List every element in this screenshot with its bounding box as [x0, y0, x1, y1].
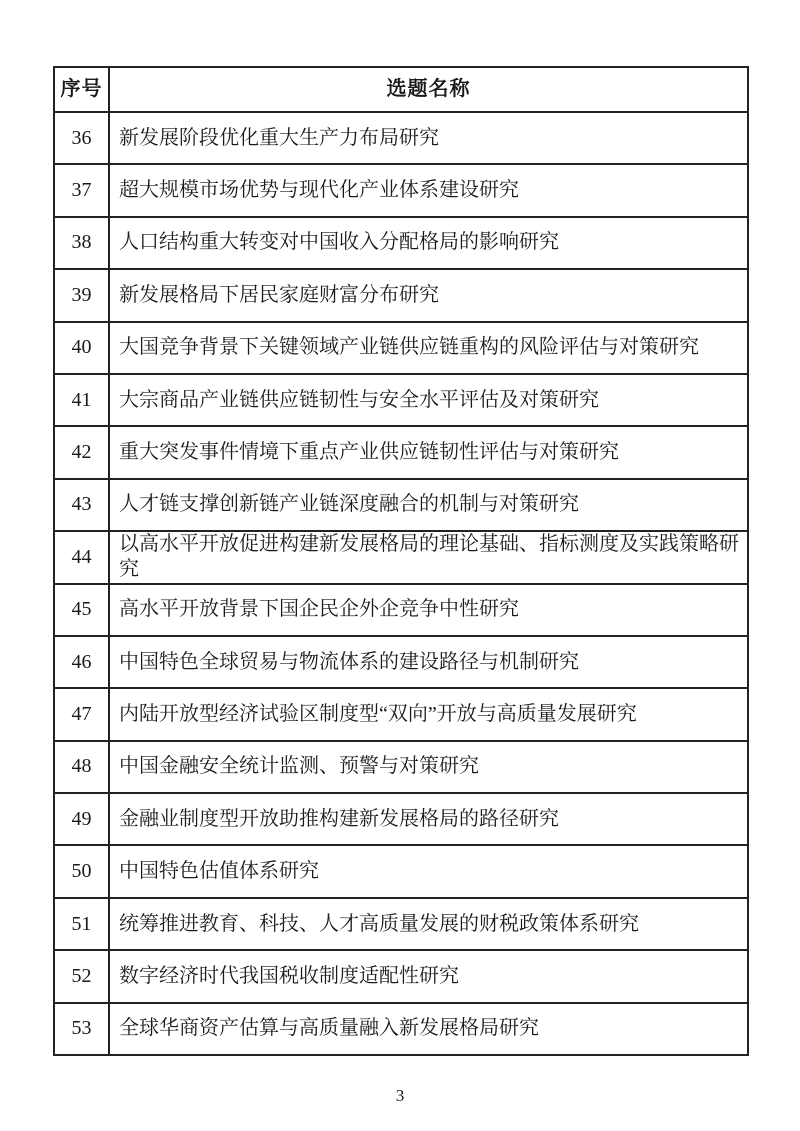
row-index: 46 [54, 636, 109, 688]
table-row: 43人才链支撑创新链产业链深度融合的机制与对策研究 [54, 479, 748, 531]
row-topic: 大宗商品产业链供应链韧性与安全水平评估及对策研究 [109, 374, 748, 426]
row-topic: 中国特色全球贸易与物流体系的建设路径与机制研究 [109, 636, 748, 688]
table-row: 39新发展格局下居民家庭财富分布研究 [54, 269, 748, 321]
table-row: 51统筹推进教育、科技、人才高质量发展的财税政策体系研究 [54, 898, 748, 950]
table-row: 45高水平开放背景下国企民企外企竞争中性研究 [54, 584, 748, 636]
row-index: 53 [54, 1003, 109, 1055]
table-row: 46中国特色全球贸易与物流体系的建设路径与机制研究 [54, 636, 748, 688]
row-index: 37 [54, 164, 109, 216]
topic-table-body: 36新发展阶段优化重大生产力布局研究37超大规模市场优势与现代化产业体系建设研究… [54, 112, 748, 1055]
row-index: 43 [54, 479, 109, 531]
table-row: 36新发展阶段优化重大生产力布局研究 [54, 112, 748, 164]
row-index: 40 [54, 322, 109, 374]
row-topic: 全球华商资产估算与高质量融入新发展格局研究 [109, 1003, 748, 1055]
page-number: 3 [0, 1086, 800, 1106]
row-topic: 新发展阶段优化重大生产力布局研究 [109, 112, 748, 164]
row-topic: 超大规模市场优势与现代化产业体系建设研究 [109, 164, 748, 216]
row-index: 48 [54, 741, 109, 793]
row-topic: 重大突发事件情境下重点产业供应链韧性评估与对策研究 [109, 426, 748, 478]
row-index: 36 [54, 112, 109, 164]
row-topic: 中国金融安全统计监测、预警与对策研究 [109, 741, 748, 793]
header-index: 序号 [54, 67, 109, 112]
table-row: 49金融业制度型开放助推构建新发展格局的路径研究 [54, 793, 748, 845]
table-row: 38人口结构重大转变对中国收入分配格局的影响研究 [54, 217, 748, 269]
document-page: 序号 选题名称 36新发展阶段优化重大生产力布局研究37超大规模市场优势与现代化… [0, 0, 800, 1131]
header-row: 序号 选题名称 [54, 67, 748, 112]
row-topic: 以高水平开放促进构建新发展格局的理论基础、指标测度及实践策略研究 [109, 531, 748, 583]
row-index: 50 [54, 845, 109, 897]
table-row: 37超大规模市场优势与现代化产业体系建设研究 [54, 164, 748, 216]
topic-table-header: 序号 选题名称 [54, 67, 748, 112]
row-topic: 新发展格局下居民家庭财富分布研究 [109, 269, 748, 321]
table-row: 44以高水平开放促进构建新发展格局的理论基础、指标测度及实践策略研究 [54, 531, 748, 583]
table-row: 53全球华商资产估算与高质量融入新发展格局研究 [54, 1003, 748, 1055]
table-row: 40大国竞争背景下关键领域产业链供应链重构的风险评估与对策研究 [54, 322, 748, 374]
row-index: 39 [54, 269, 109, 321]
row-index: 38 [54, 217, 109, 269]
table-row: 47内陆开放型经济试验区制度型“双向”开放与高质量发展研究 [54, 688, 748, 740]
row-topic: 大国竞争背景下关键领域产业链供应链重构的风险评估与对策研究 [109, 322, 748, 374]
table-row: 42重大突发事件情境下重点产业供应链韧性评估与对策研究 [54, 426, 748, 478]
topic-table: 序号 选题名称 36新发展阶段优化重大生产力布局研究37超大规模市场优势与现代化… [53, 66, 749, 1056]
row-topic: 高水平开放背景下国企民企外企竞争中性研究 [109, 584, 748, 636]
header-topic: 选题名称 [109, 67, 748, 112]
row-topic: 统筹推进教育、科技、人才高质量发展的财税政策体系研究 [109, 898, 748, 950]
row-index: 42 [54, 426, 109, 478]
row-index: 52 [54, 950, 109, 1002]
row-index: 45 [54, 584, 109, 636]
table-row: 50中国特色估值体系研究 [54, 845, 748, 897]
table-row: 41大宗商品产业链供应链韧性与安全水平评估及对策研究 [54, 374, 748, 426]
table-row: 52数字经济时代我国税收制度适配性研究 [54, 950, 748, 1002]
row-topic: 人口结构重大转变对中国收入分配格局的影响研究 [109, 217, 748, 269]
row-topic: 人才链支撑创新链产业链深度融合的机制与对策研究 [109, 479, 748, 531]
row-index: 51 [54, 898, 109, 950]
row-topic: 金融业制度型开放助推构建新发展格局的路径研究 [109, 793, 748, 845]
row-index: 47 [54, 688, 109, 740]
row-index: 44 [54, 531, 109, 583]
row-topic: 内陆开放型经济试验区制度型“双向”开放与高质量发展研究 [109, 688, 748, 740]
row-topic: 数字经济时代我国税收制度适配性研究 [109, 950, 748, 1002]
row-index: 41 [54, 374, 109, 426]
row-index: 49 [54, 793, 109, 845]
row-topic: 中国特色估值体系研究 [109, 845, 748, 897]
table-row: 48中国金融安全统计监测、预警与对策研究 [54, 741, 748, 793]
